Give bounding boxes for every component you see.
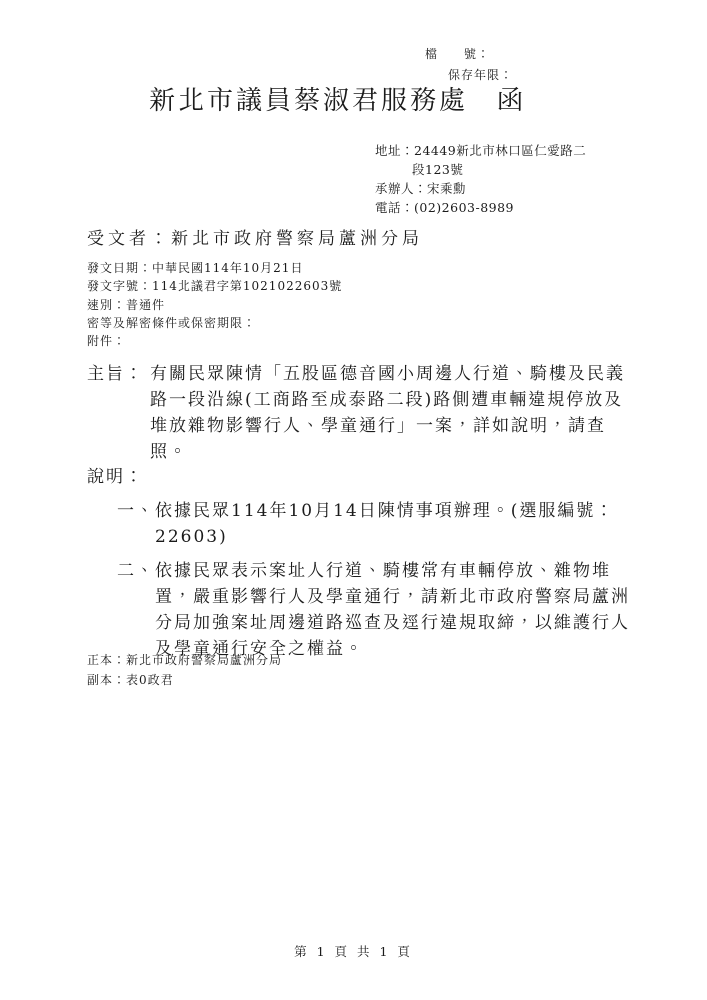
description-item: 二、 依據民眾表示案址人行道、騎樓常有車輛停放、雜物堆置，嚴重影響行人及學童通行… [117,558,632,662]
item-text: 依據民眾114年10月14日陳情事項辦理。(選服編號：22603) [155,498,632,550]
item-marker: 二、 [117,558,155,662]
subject-label: 主旨： [87,361,150,465]
sender-info-block: 地址：24449新北市林口區仁愛路二 段123號 承辦人：宋乘勳 電話：(02)… [375,141,586,217]
distribution-block: 正本：新北市政府警察局蘆洲分局 副本：表0政君 [87,650,282,690]
subject-section: 主旨： 有關民眾陳情「五股區德音國小周邊人行道、騎樓及民義路一段沿線(工商路至成… [87,361,628,465]
official-letter-page: 檔 號： 保存年限： 新北市議員蔡淑君服務處 函 地址：24449新北市林口區仁… [0,0,707,1000]
document-title: 新北市議員蔡淑君服務處 函 [0,80,675,117]
item-text: 依據民眾表示案址人行道、騎樓常有車輛停放、雜物堆置，嚴重影響行人及學童通行，請新… [155,558,632,662]
carbon-copy-line: 副本：表0政君 [87,670,282,690]
issue-number-line: 發文字號：114北議君字第1021022603號 [87,277,342,295]
sender-address-line1: 地址：24449新北市林口區仁愛路二 [375,141,586,160]
item-marker: 一、 [117,498,155,550]
attachment-line: 附件： [87,332,342,350]
sender-phone: 電話：(02)2603-8989 [375,198,586,217]
subject-text: 有關民眾陳情「五股區德音國小周邊人行道、騎樓及民義路一段沿線(工商路至成泰路二段… [150,361,628,465]
recipient-line: 受文者：新北市政府警察局蘆洲分局 [87,224,423,249]
issue-date-line: 發文日期：中華民國114年10月21日 [87,259,342,277]
description-section: 說明： 一、 依據民眾114年10月14日陳情事項辦理。(選服編號：22603)… [87,464,632,662]
document-meta-block: 發文日期：中華民國114年10月21日 發文字號：114北議君字第1021022… [87,259,342,350]
original-copy-line: 正本：新北市政府警察局蘆洲分局 [87,650,282,670]
page-number-footer: 第 1 頁 共 1 頁 [0,942,707,960]
speed-class-line: 速別：普通件 [87,296,342,314]
description-label: 說明： [87,464,632,490]
description-item: 一、 依據民眾114年10月14日陳情事項辦理。(選服編號：22603) [117,498,632,550]
file-number-label: 檔 號： [425,45,490,62]
sender-address-line2: 段123號 [375,160,586,179]
sender-contact-person: 承辦人：宋乘勳 [375,179,586,198]
security-class-line: 密等及解密條件或保密期限： [87,314,342,332]
